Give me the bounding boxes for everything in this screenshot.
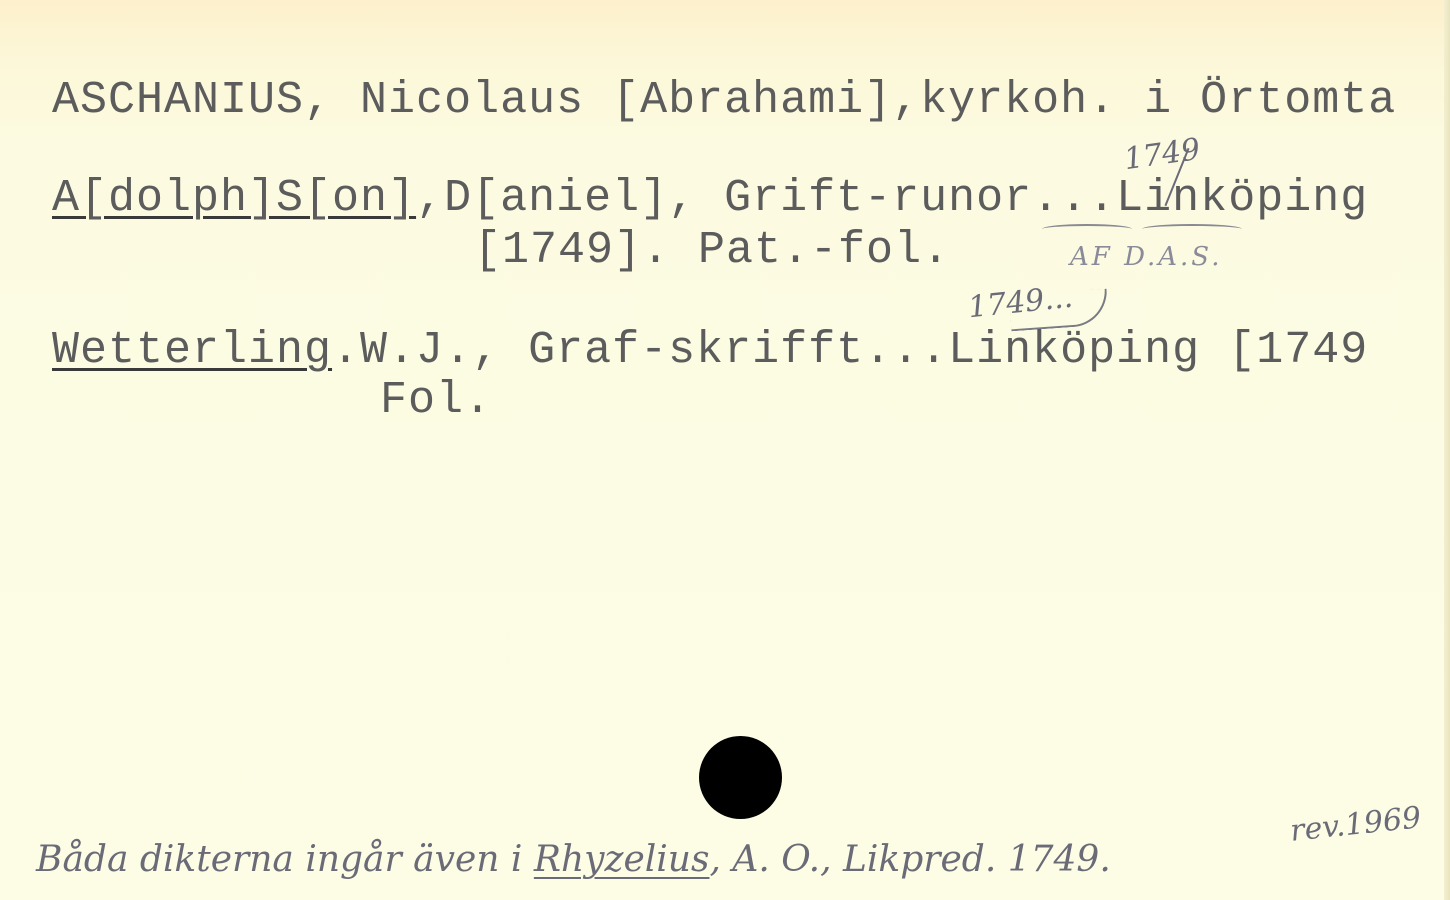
entry1-attribution: AF D.A.S. xyxy=(1070,244,1222,270)
entry1-author: A[dolph]S[on] xyxy=(52,173,416,224)
footnote-prefix: Båda dikterna ingår även i xyxy=(36,839,534,880)
footnote-reference: Rhyzelius xyxy=(534,839,710,880)
entry1-line1: A[dolph]S[on],D[aniel], Grift-runor...Li… xyxy=(52,176,1368,221)
entry2-line1: Wetterling.W.J., Graf-skrifft...Linköpin… xyxy=(52,328,1368,373)
punch-hole xyxy=(699,736,782,819)
heading-author: ASCHANIUS, xyxy=(52,75,332,126)
entry2-title: .W.J., Graf-skrifft...Linköping [1749 xyxy=(332,325,1368,376)
entry1-annotation-year: 1749 xyxy=(1122,135,1202,175)
entry1-title: ,D[aniel], Grift-runor...Linköping xyxy=(416,173,1368,224)
card-heading: ASCHANIUS, Nicolaus [Abrahami],kyrkoh. i… xyxy=(52,78,1396,123)
entry1-brace-right xyxy=(1142,224,1242,234)
entry2-line2: Fol. xyxy=(380,378,492,423)
heading-details: Nicolaus [Abrahami],kyrkoh. i Örtomta xyxy=(332,75,1396,126)
entry1-line2: [1749]. Pat.-fol. xyxy=(474,228,950,273)
handwritten-footnote: Båda dikterna ingår även i Rhyzelius, A.… xyxy=(36,842,1111,878)
entry1-brace-left xyxy=(1042,224,1132,234)
footnote-suffix: , A. O., Likpred. 1749. xyxy=(709,839,1110,880)
catalog-card: ASCHANIUS, Nicolaus [Abrahami],kyrkoh. i… xyxy=(0,0,1450,900)
revision-note: rev.1969 xyxy=(1289,803,1423,847)
entry2-author: Wetterling xyxy=(52,325,332,376)
